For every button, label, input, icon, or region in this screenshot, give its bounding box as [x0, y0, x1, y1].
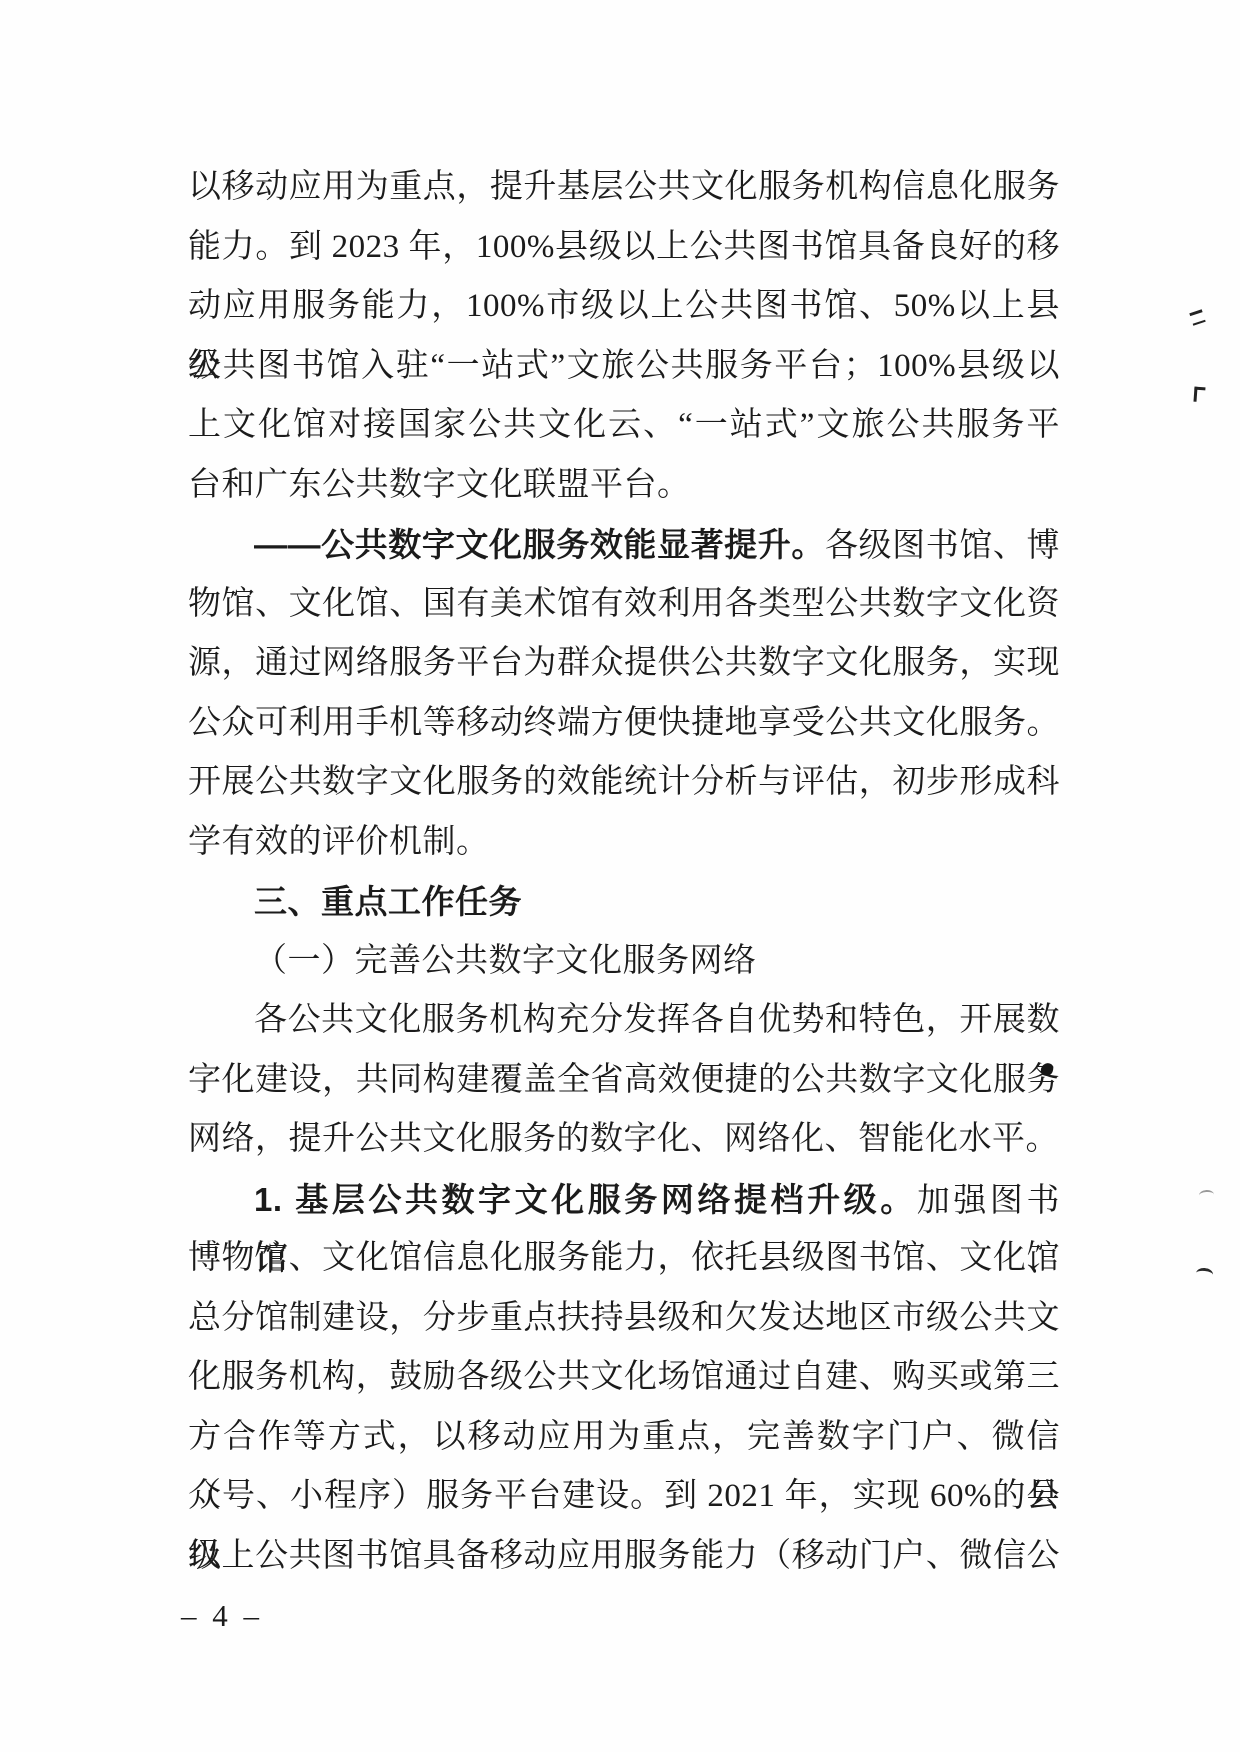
- text-line: 总分馆制建设，分步重点扶持县级和欠发达地区市级公共文: [188, 1289, 1060, 1349]
- scanned-document-page: 以移动应用为重点，提升基层公共文化服务机构信息化服务能力。到 2023 年，10…: [0, 0, 1240, 1752]
- text-line: 化服务机构，鼓励各级公共文化场馆通过自建、购买或第三: [188, 1348, 1060, 1408]
- text-line: 公众可利用手机等移动终端方便快捷地享受公共文化服务。: [188, 694, 1060, 754]
- text-segment: 化服务机构，鼓励各级公共文化场馆通过自建、购买或第三: [188, 1359, 1060, 1395]
- text-line: 能力。到 2023 年，100%县级以上公共图书馆具备良好的移: [188, 218, 1060, 278]
- text-segment: 上文化馆对接国家公共文化云、“一站式”文旅公共服务平: [188, 407, 1060, 443]
- text-line: 网络，提升公共文化服务的数字化、网络化、智能化水平。: [188, 1110, 1060, 1170]
- text-segment: ——公共数字文化服务效能显著提升。: [254, 526, 825, 563]
- text-line: 1. 基层公共数字文化服务网络提档升级。加强图书馆、: [188, 1170, 1060, 1230]
- text-line: 以上公共图书馆具备移动应用服务能力（移动门户、微信公: [188, 1527, 1060, 1587]
- ink-speck: [1193, 387, 1205, 403]
- text-segment: 公共图书馆入驻“一站式”文旅公共服务平台；100%县级以: [188, 348, 1060, 384]
- text-line: 动应用服务能力，100%市级以上公共图书馆、50%以上县级: [188, 277, 1060, 337]
- text-segment: （一）完善公共数字文化服务网络: [254, 943, 757, 979]
- text-segment: 各公共文化服务机构充分发挥各自优势和特色，开展数: [254, 1002, 1060, 1038]
- text-line: 博物馆、文化馆信息化服务能力，依托县级图书馆、文化馆: [188, 1229, 1060, 1289]
- text-segment: 各级图书馆、博: [825, 528, 1060, 564]
- text-segment: 网络，提升公共文化服务的数字化、网络化、智能化水平。: [188, 1121, 1059, 1157]
- text-segment: 学有效的评价机制。: [188, 824, 490, 860]
- text-segment: 总分馆制建设，分步重点扶持县级和欠发达地区市级公共文: [188, 1300, 1060, 1336]
- text-line: 物馆、文化馆、国有美术馆有效利用各类型公共数字文化资: [188, 575, 1060, 635]
- text-segment: 开展公共数字文化服务的效能统计分析与评估，初步形成科: [188, 764, 1060, 800]
- text-line: 各公共文化服务机构充分发挥各自优势和特色，开展数: [188, 991, 1060, 1051]
- text-segment: 以移动应用为重点，提升基层公共文化服务机构信息化服务: [188, 169, 1060, 205]
- text-line: 方合作等方式，以移动应用为重点，完善数字门户、微信（公: [188, 1408, 1060, 1468]
- text-line: ——公共数字文化服务效能显著提升。各级图书馆、博: [188, 515, 1060, 575]
- text-segment: 博物馆、文化馆信息化服务能力，依托县级图书馆、文化馆: [188, 1240, 1060, 1276]
- text-line: 源，通过网络服务平台为群众提供公共数字文化服务，实现: [188, 634, 1060, 694]
- text-line: 台和广东公共数字文化联盟平台。: [188, 456, 1060, 516]
- text-line: 三、重点工作任务: [188, 872, 1060, 932]
- text-line: 公共图书馆入驻“一站式”文旅公共服务平台；100%县级以: [188, 337, 1060, 397]
- text-segment: 1. 基层公共数字文化服务网络提档升级。: [254, 1181, 917, 1218]
- document-text-block: 以移动应用为重点，提升基层公共文化服务机构信息化服务能力。到 2023 年，10…: [188, 158, 1060, 1586]
- text-line: 上文化馆对接国家公共文化云、“一站式”文旅公共服务平: [188, 396, 1060, 456]
- text-segment: 物馆、文化馆、国有美术馆有效利用各类型公共数字文化资: [188, 586, 1060, 622]
- text-segment: 源，通过网络服务平台为群众提供公共数字文化服务，实现: [188, 645, 1060, 681]
- text-line: 字化建设，共同构建覆盖全省高效便捷的公共数字文化服务: [188, 1051, 1060, 1111]
- text-segment: 字化建设，共同构建覆盖全省高效便捷的公共数字文化服务: [188, 1062, 1060, 1098]
- text-line: 开展公共数字文化服务的效能统计分析与评估，初步形成科: [188, 753, 1060, 813]
- text-segment: 三、重点工作任务: [254, 883, 522, 920]
- ink-speck: [1199, 1189, 1215, 1200]
- page-number: – 4 –: [181, 1598, 263, 1634]
- text-line: 以移动应用为重点，提升基层公共文化服务机构信息化服务: [188, 158, 1060, 218]
- text-line: 学有效的评价机制。: [188, 813, 1060, 873]
- text-segment: 公众可利用手机等移动终端方便快捷地享受公共文化服务。: [188, 705, 1060, 741]
- text-segment: 台和广东公共数字文化联盟平台。: [188, 467, 691, 503]
- text-line: 众号、小程序）服务平台建设。到 2021 年，实现 60%的县级: [188, 1467, 1060, 1527]
- text-line: （一）完善公共数字文化服务网络: [188, 932, 1060, 992]
- ink-speck: [1189, 309, 1205, 325]
- text-segment: 能力。到 2023 年，100%县级以上公共图书馆具备良好的移: [188, 229, 1060, 265]
- ink-speck: [1195, 1267, 1213, 1281]
- text-segment: 以上公共图书馆具备移动应用服务能力（移动门户、微信公: [188, 1538, 1060, 1574]
